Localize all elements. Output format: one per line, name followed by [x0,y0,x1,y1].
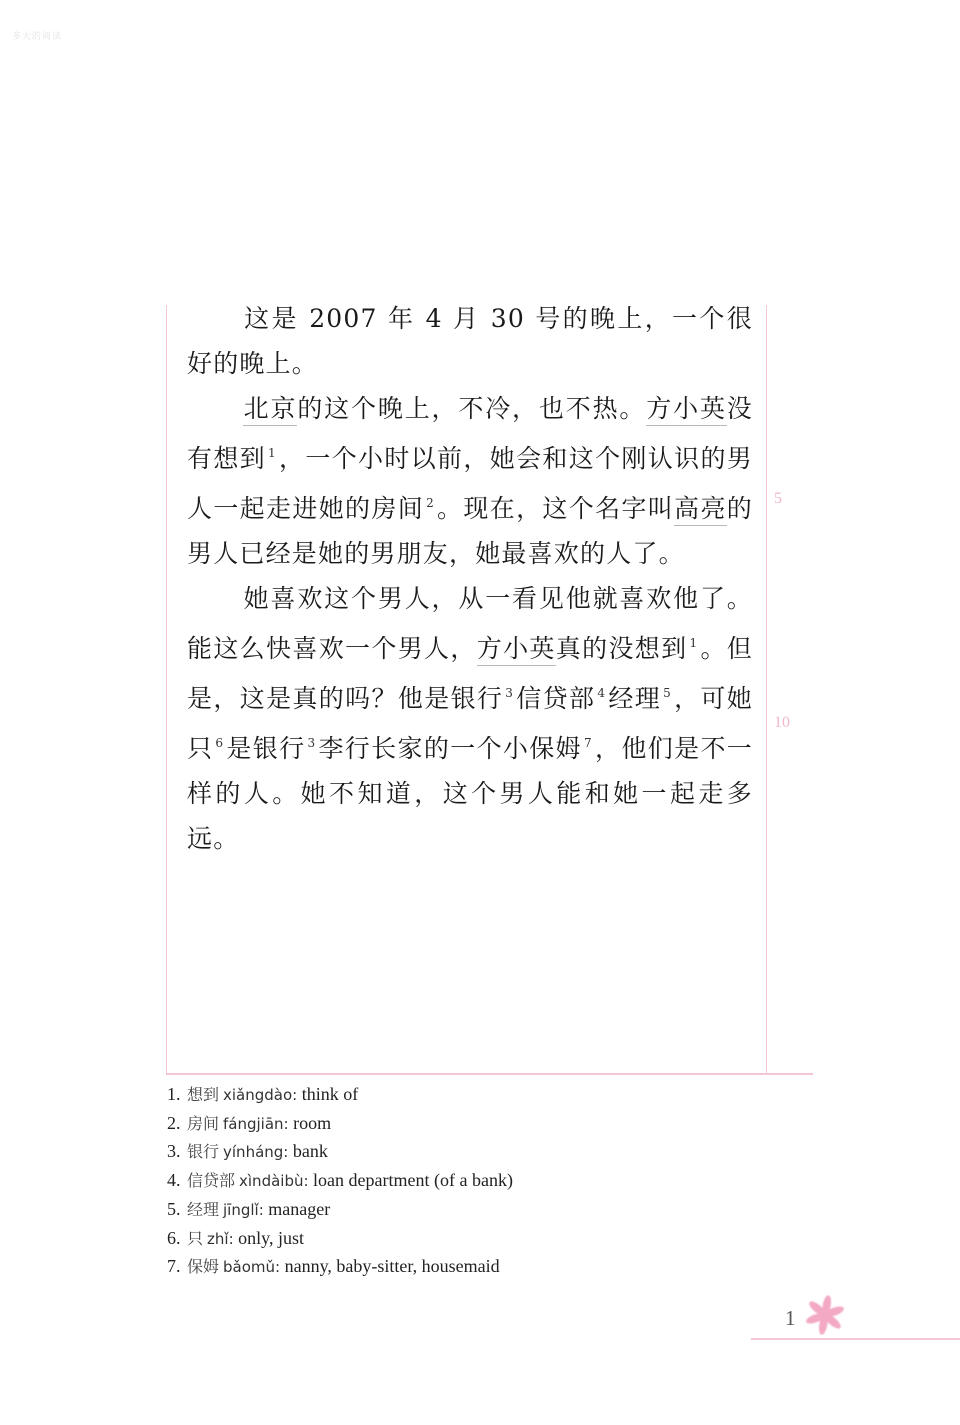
footnote-marker: 1 [687,636,700,650]
footnote-marker: 2 [424,496,437,510]
footnote-marker: 7 [582,736,595,750]
proper-noun: 方小英 [477,634,556,666]
glossary-number: 7. [167,1256,185,1276]
reading-passage: 这是 2007 年 4 月 30 号的晚上，一个很好的晚上。北京的这个晚上，不冷… [187,296,753,861]
paragraph: 她喜欢这个男人，从一看见他就喜欢他了。能这么快喜欢一个男人，方小英真的没想到1。… [187,576,753,861]
glossary-hanzi: 银行 [187,1142,219,1161]
flower-icon [803,1295,847,1335]
paragraph: 这是 2007 年 4 月 30 号的晚上，一个很好的晚上。 [187,296,753,386]
glossary-item: 6. 只zhǐ: only, just [167,1225,727,1254]
glossary-pinyin: fángjiān: [223,1115,289,1133]
text-segment: 是银行 [226,734,305,763]
footnote-marker: 1 [266,446,279,460]
glossary-footnotes: 1. 想到xiǎngdào: think of2. 房间fángjiān: ro… [167,1081,727,1282]
text-segment: 信贷部 [516,684,595,713]
text-segment: 的这个晚上，不冷，也不热。 [297,394,646,423]
glossary-meaning: think of [297,1084,358,1104]
text-segment: 这是 2007 年 4 月 30 号的晚上，一个很好的晚上。 [187,304,753,378]
glossary-hanzi: 经理 [187,1200,219,1219]
glossary-pinyin: xiǎngdào: [223,1086,297,1104]
glossary-number: 4. [167,1170,185,1190]
glossary-number: 3. [167,1141,185,1161]
glossary-pinyin: zhǐ: [207,1230,234,1248]
proper-noun: 方小英 [646,394,727,426]
glossary-meaning: room [289,1113,332,1133]
glossary-item: 2. 房间fángjiān: room [167,1110,727,1139]
glossary-hanzi: 房间 [187,1114,219,1133]
glossary-item: 4. 信贷部xìndàibù: loan department (of a ba… [167,1167,727,1196]
watermark: 多大的阅读 [12,29,62,42]
glossary-item: 3. 银行yínháng: bank [167,1138,727,1167]
glossary-hanzi: 想到 [187,1085,219,1104]
footnote-marker: 6 [213,736,226,750]
footnote-marker: 3 [305,736,318,750]
glossary-meaning: manager [264,1199,330,1219]
paragraph: 北京的这个晚上，不冷，也不热。方小英没有想到1，一个小时以前，她会和这个刚认识的… [187,386,753,576]
glossary-number: 6. [167,1228,185,1248]
text-segment: 经理 [608,684,661,713]
footnote-marker: 3 [503,686,516,700]
glossary-item: 1. 想到xiǎngdào: think of [167,1081,727,1110]
glossary-pinyin: jīnglǐ: [223,1201,264,1219]
frame-bottom-rule [166,1073,813,1075]
text-segment: 。现在，这个名字叫 [437,494,674,523]
glossary-hanzi: 信贷部 [187,1171,235,1190]
glossary-pinyin: yínháng: [223,1143,288,1161]
frame-left-rule [166,305,167,1074]
line-number: 10 [774,714,790,732]
footnote-marker: 5 [661,686,674,700]
glossary-item: 5. 经理jīnglǐ: manager [167,1196,727,1225]
glossary-pinyin: bǎomǔ: [223,1258,280,1276]
glossary-meaning: loan department (of a bank) [309,1170,513,1190]
proper-noun: 高亮 [674,494,727,526]
glossary-pinyin: xìndàibù: [239,1172,309,1190]
glossary-number: 1. [167,1084,185,1104]
glossary-meaning: bank [288,1141,328,1161]
text-segment: 李行长家的一个小保姆 [318,734,582,763]
text-segment: 真的没想到 [556,634,688,663]
footnote-marker: 4 [595,686,608,700]
glossary-hanzi: 只 [187,1229,203,1248]
footer-rule [751,1338,960,1340]
line-number: 5 [774,490,782,508]
glossary-number: 5. [167,1199,185,1219]
glossary-item: 7. 保姆bǎomǔ: nanny, baby-sitter, housemai… [167,1253,727,1282]
proper-noun: 北京 [243,394,297,426]
page-number: 1 [785,1306,796,1331]
glossary-meaning: only, just [234,1228,304,1248]
glossary-hanzi: 保姆 [187,1257,219,1276]
glossary-number: 2. [167,1113,185,1133]
frame-right-rule [766,305,767,1074]
glossary-meaning: nanny, baby-sitter, housemaid [280,1256,500,1276]
